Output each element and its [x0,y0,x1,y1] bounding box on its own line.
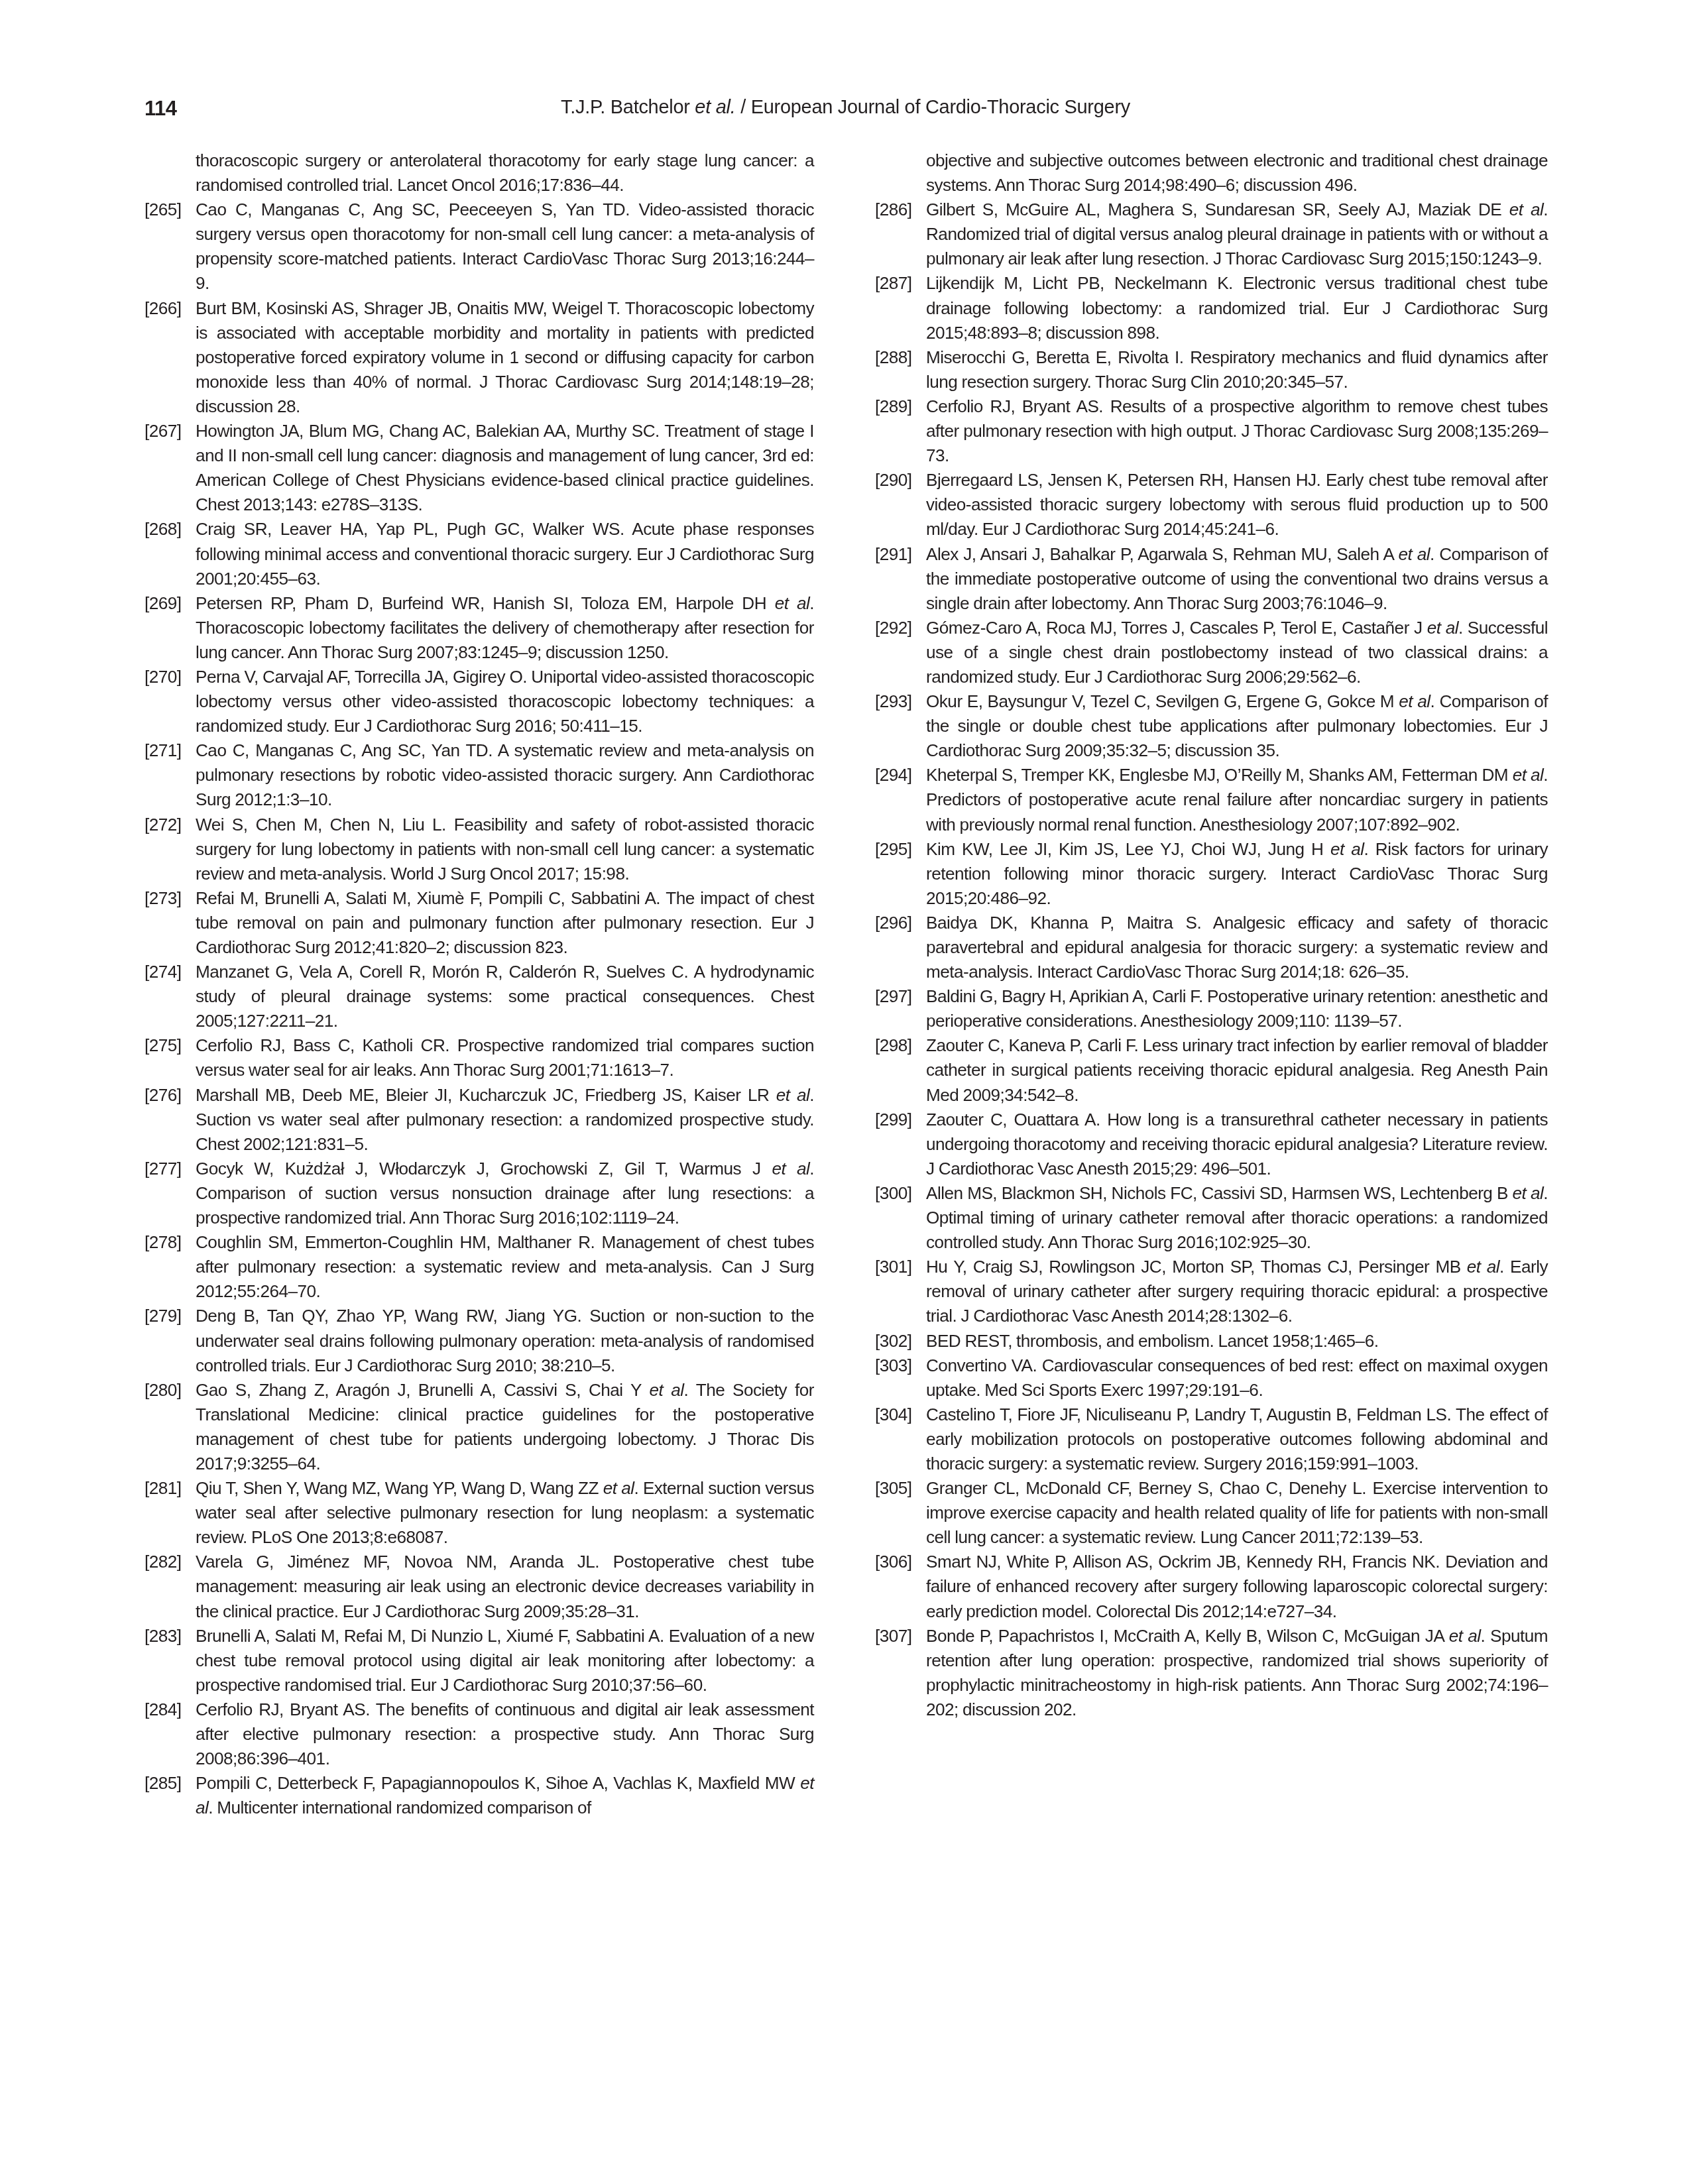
reference-etal: et al [1513,1183,1544,1203]
reference-number: [283] [145,1624,182,1648]
reference-item: [294] Kheterpal S, Tremper KK, Englesbe … [875,763,1548,836]
reference-authors-title: Alex J, Ansari J, Bahalkar P, Agarwala S… [926,544,1399,564]
reference-item: [297] Baldini G, Bagry H, Aprikian A, Ca… [875,984,1548,1033]
reference-text: Deng B, Tan QY, Zhao YP, Wang RW, Jiang … [196,1306,814,1375]
running-head-authors: T.J.P. Batchelor [561,97,695,118]
reference-number: [280] [145,1378,182,1403]
reference-item: [273] Refai M, Brunelli A, Salati M, Xiu… [145,886,814,960]
reference-item: [268] Craig SR, Leaver HA, Yap PL, Pugh … [145,517,814,591]
reference-authors-title: Manzanet G, Vela A, Corell R, Morón R, C… [196,962,814,1031]
reference-text: Perna V, Carvajal AF, Torrecilla JA, Gig… [196,667,814,736]
reference-text: Brunelli A, Salati M, Refai M, Di Nunzio… [196,1626,814,1695]
reference-item: [280] Gao S, Zhang Z, Aragón J, Brunelli… [145,1378,814,1476]
reference-item: [285] Pompili C, Detterbeck F, Papagiann… [145,1771,814,1820]
reference-number: [284] [145,1697,182,1722]
reference-authors-title: Baldini G, Bagry H, Aprikian A, Carli F.… [926,986,1548,1031]
reference-text: Alex J, Ansari J, Bahalkar P, Agarwala S… [926,544,1548,613]
reference-number: [276] [145,1083,182,1108]
reference-item: [296] Baidya DK, Khanna P, Maitra S. Ana… [875,911,1548,984]
reference-authors-title: Zaouter C, Kaneva P, Carli F. Less urina… [926,1035,1548,1104]
reference-number: [285] [145,1771,182,1796]
reference-number: [289] [875,394,912,419]
reference-item: [300] Allen MS, Blackmon SH, Nichols FC,… [875,1181,1548,1255]
reference-item: [286] Gilbert S, McGuire AL, Maghera S, … [875,198,1548,271]
reference-number: [302] [875,1329,912,1353]
reference-authors-title: Qiu T, Shen Y, Wang MZ, Wang YP, Wang D,… [196,1478,603,1498]
reference-item: [303] Convertino VA. Cardiovascular cons… [875,1353,1548,1403]
reference-item: [289] Cerfolio RJ, Bryant AS. Results of… [875,394,1548,468]
reference-authors-title: Okur E, Baysungur V, Tezel C, Sevilgen G… [926,691,1399,711]
reference-authors-title: Brunelli A, Salati M, Refai M, Di Nunzio… [196,1626,814,1695]
reference-item: [298] Zaouter C, Kaneva P, Carli F. Less… [875,1033,1548,1107]
reference-etal: et al [650,1380,684,1400]
reference-number: [273] [145,886,182,911]
reference-authors-title: Miserocchi G, Beretta E, Rivolta I. Resp… [926,347,1548,392]
reference-item: [305] Granger CL, McDonald CF, Berney S,… [875,1476,1548,1550]
reference-text: Kheterpal S, Tremper KK, Englesbe MJ, O’… [926,765,1548,834]
reference-etal: et al [1513,765,1544,785]
reference-text: BED REST, thrombosis, and embolism. Lanc… [926,1331,1378,1351]
reference-item: [288] Miserocchi G, Beretta E, Rivolta I… [875,345,1548,394]
reference-text: Marshall MB, Deeb ME, Bleier JI, Kucharc… [196,1085,814,1154]
reference-item: [282] Varela G, Jiménez MF, Novoa NM, Ar… [145,1550,814,1623]
reference-text: thoracoscopic surgery or anterolateral t… [196,150,814,195]
reference-number: [294] [875,763,912,787]
reference-number: [291] [875,542,912,567]
reference-list-right: [286] Gilbert S, McGuire AL, Maghera S, … [875,198,1548,1722]
reference-number: [292] [875,616,912,640]
reference-authors-title: Gao S, Zhang Z, Aragón J, Brunelli A, Ca… [196,1380,650,1400]
reference-text: Zaouter C, Ouattara A. How long is a tra… [926,1110,1548,1178]
reference-authors-title: Kheterpal S, Tremper KK, Englesbe MJ, O’… [926,765,1513,785]
running-head-etal: et al. [695,97,735,118]
reference-etal: et al [1330,839,1364,859]
reference-text: Coughlin SM, Emmerton-Coughlin HM, Malth… [196,1232,814,1301]
reference-number: [265] [145,198,182,222]
reference-text: Varela G, Jiménez MF, Novoa NM, Aranda J… [196,1552,814,1621]
reference-number: [277] [145,1157,182,1181]
reference-number: [281] [145,1476,182,1501]
reference-authors-title: Baidya DK, Khanna P, Maitra S. Analgesic… [926,913,1548,982]
reference-item: [283] Brunelli A, Salati M, Refai M, Di … [145,1624,814,1697]
page-header: 114 T.J.P. Batchelor et al. / European J… [145,97,1546,123]
reference-rest: . Multicenter international randomized c… [208,1798,591,1817]
reference-number: [267] [145,419,182,443]
reference-authors-title: Allen MS, Blackmon SH, Nichols FC, Cassi… [926,1183,1513,1203]
reference-item: [307] Bonde P, Papachristos I, McCraith … [875,1624,1548,1722]
reference-item: [304] Castelino T, Fiore JF, Niculiseanu… [875,1403,1548,1476]
reference-authors-title: Wei S, Chen M, Chen N, Liu L. Feasibilit… [196,815,814,884]
reference-item: [271] Cao C, Manganas C, Ang SC, Yan TD.… [145,738,814,812]
reference-authors-title: Pompili C, Detterbeck F, Papagiannopoulo… [196,1773,800,1793]
reference-item: [284] Cerfolio RJ, Bryant AS. The benefi… [145,1697,814,1771]
reference-etal: et al [772,1159,809,1178]
reference-item: [272] Wei S, Chen M, Chen N, Liu L. Feas… [145,813,814,886]
reference-item: [292] Gómez-Caro A, Roca MJ, Torres J, C… [875,616,1548,689]
reference-number: [305] [875,1476,912,1501]
reference-number: [295] [875,837,912,862]
reference-authors-title: Zaouter C, Ouattara A. How long is a tra… [926,1110,1548,1178]
reference-authors-title: Convertino VA. Cardiovascular consequenc… [926,1355,1548,1400]
reference-authors-title: Howington JA, Blum MG, Chang AC, Balekia… [196,421,814,514]
reference-etal: et al [603,1478,634,1498]
reference-list-left: [265] Cao C, Manganas C, Ang SC, Peeceey… [145,198,814,1820]
reference-item: [267] Howington JA, Blum MG, Chang AC, B… [145,419,814,517]
reference-item: [290] Bjerregaard LS, Jensen K, Petersen… [875,468,1548,542]
reference-text: Craig SR, Leaver HA, Yap PL, Pugh GC, Wa… [196,519,814,588]
reference-text: Smart NJ, White P, Allison AS, Ockrim JB… [926,1552,1548,1621]
reference-text: Bjerregaard LS, Jensen K, Petersen RH, H… [926,470,1548,539]
running-head-journal: / European Journal of Cardio-Thoracic Su… [735,97,1130,118]
reference-item: [274] Manzanet G, Vela A, Corell R, Moró… [145,960,814,1033]
reference-number: [301] [875,1255,912,1279]
reference-number: [268] [145,517,182,542]
reference-text: Lijkendijk M, Licht PB, Neckelmann K. El… [926,273,1548,342]
reference-text: Hu Y, Craig SJ, Rowlingson JC, Morton SP… [926,1257,1548,1326]
reference-text: Bonde P, Papachristos I, McCraith A, Kel… [926,1626,1548,1719]
reference-text: Cao C, Manganas C, Ang SC, Yan TD. A sys… [196,740,814,809]
reference-text: objective and subjective outcomes betwee… [926,150,1548,195]
reference-authors-title: Varela G, Jiménez MF, Novoa NM, Aranda J… [196,1552,814,1621]
reference-etal: et al [1509,200,1544,219]
reference-text: Allen MS, Blackmon SH, Nichols FC, Cassi… [926,1183,1548,1252]
reference-number: [304] [875,1403,912,1427]
reference-number: [297] [875,984,912,1009]
reference-text: Castelino T, Fiore JF, Niculiseanu P, La… [926,1405,1548,1473]
reference-text: Cao C, Manganas C, Ang SC, Peeceeyen S, … [196,200,814,293]
reference-number: [293] [875,689,912,714]
reference-authors-title: Burt BM, Kosinski AS, Shrager JB, Onaiti… [196,298,814,416]
reference-authors-title: Bonde P, Papachristos I, McCraith A, Kel… [926,1626,1449,1646]
reference-etal: et al [1427,618,1458,638]
reference-authors-title: Deng B, Tan QY, Zhao YP, Wang RW, Jiang … [196,1306,814,1375]
reference-authors-title: Coughlin SM, Emmerton-Coughlin HM, Malth… [196,1232,814,1301]
reference-authors-title: Refai M, Brunelli A, Salati M, Xiumè F, … [196,888,814,957]
reference-text: Zaouter C, Kaneva P, Carli F. Less urina… [926,1035,1548,1104]
reference-item: [281] Qiu T, Shen Y, Wang MZ, Wang YP, W… [145,1476,814,1550]
reference-number: [274] [145,960,182,984]
reference-authors-title: Perna V, Carvajal AF, Torrecilla JA, Gig… [196,667,814,736]
reference-number: [279] [145,1304,182,1328]
reference-etal: et al [1399,544,1430,564]
reference-authors-title: Cao C, Manganas C, Ang SC, Yan TD. A sys… [196,740,814,809]
reference-authors-title: Granger CL, McDonald CF, Berney S, Chao … [926,1478,1548,1547]
reference-text: Gilbert S, McGuire AL, Maghera S, Sundar… [926,200,1548,268]
reference-item: [302] BED REST, thrombosis, and embolism… [875,1329,1548,1353]
reference-item: [270] Perna V, Carvajal AF, Torrecilla J… [145,665,814,738]
reference-text: Qiu T, Shen Y, Wang MZ, Wang YP, Wang D,… [196,1478,814,1547]
reference-etal: et al [1449,1626,1481,1646]
reference-text: Miserocchi G, Beretta E, Rivolta I. Resp… [926,347,1548,392]
reference-authors-title: Smart NJ, White P, Allison AS, Ockrim JB… [926,1552,1548,1621]
reference-column-left: thoracoscopic surgery or anterolateral t… [145,148,814,1820]
reference-item: [278] Coughlin SM, Emmerton-Coughlin HM,… [145,1230,814,1304]
reference-item: [306] Smart NJ, White P, Allison AS, Ock… [875,1550,1548,1623]
reference-item: [265] Cao C, Manganas C, Ang SC, Peeceey… [145,198,814,296]
reference-number: [288] [875,345,912,370]
reference-item: [301] Hu Y, Craig SJ, Rowlingson JC, Mor… [875,1255,1548,1328]
reference-item: [287] Lijkendijk M, Licht PB, Neckelmann… [875,271,1548,345]
reference-authors-title: Gocyk W, Kużdżał J, Włodarczyk J, Grocho… [196,1159,772,1178]
reference-text: Cerfolio RJ, Bass C, Katholi CR. Prospec… [196,1035,814,1080]
reference-number: [290] [875,468,912,492]
reference-text: Howington JA, Blum MG, Chang AC, Balekia… [196,421,814,514]
reference-text: Cerfolio RJ, Bryant AS. The benefits of … [196,1699,814,1768]
reference-column-right: objective and subjective outcomes betwee… [875,148,1548,1722]
reference-continuation: objective and subjective outcomes betwee… [875,148,1548,198]
reference-authors-title: Gómez-Caro A, Roca MJ, Torres J, Cascale… [926,618,1427,638]
reference-text: Manzanet G, Vela A, Corell R, Morón R, C… [196,962,814,1031]
reference-item: [299] Zaouter C, Ouattara A. How long is… [875,1108,1548,1181]
reference-number: [272] [145,813,182,837]
reference-authors-title: Craig SR, Leaver HA, Yap PL, Pugh GC, Wa… [196,519,814,588]
reference-text: Baidya DK, Khanna P, Maitra S. Analgesic… [926,913,1548,982]
reference-number: [271] [145,738,182,763]
reference-authors-title: Cerfolio RJ, Bass C, Katholi CR. Prospec… [196,1035,814,1080]
reference-item: [275] Cerfolio RJ, Bass C, Katholi CR. P… [145,1033,814,1082]
reference-etal: et al [775,593,810,613]
reference-number: [278] [145,1230,182,1255]
reference-number: [287] [875,271,912,296]
reference-continuation: thoracoscopic surgery or anterolateral t… [145,148,814,198]
reference-authors-title: Cerfolio RJ, Bryant AS. The benefits of … [196,1699,814,1768]
reference-text: Kim KW, Lee JI, Kim JS, Lee YJ, Choi WJ,… [926,839,1548,908]
reference-etal: et al [776,1085,810,1105]
reference-authors-title: Castelino T, Fiore JF, Niculiseanu P, La… [926,1405,1548,1473]
reference-number: [286] [875,198,912,222]
reference-number: [298] [875,1033,912,1058]
reference-etal: et al [1467,1257,1499,1277]
reference-number: [282] [145,1550,182,1574]
reference-authors-title: Petersen RP, Pham D, Burfeind WR, Hanish… [196,593,775,613]
reference-item: [276] Marshall MB, Deeb ME, Bleier JI, K… [145,1083,814,1157]
reference-authors-title: BED REST, thrombosis, and embolism. Lanc… [926,1331,1378,1351]
reference-number: [303] [875,1353,912,1378]
reference-number: [266] [145,296,182,321]
reference-number: [299] [875,1108,912,1132]
reference-number: [306] [875,1550,912,1574]
reference-text: Burt BM, Kosinski AS, Shrager JB, Onaiti… [196,298,814,416]
reference-item: [295] Kim KW, Lee JI, Kim JS, Lee YJ, Ch… [875,837,1548,911]
reference-authors-title: Lijkendijk M, Licht PB, Neckelmann K. El… [926,273,1548,342]
reference-item: [279] Deng B, Tan QY, Zhao YP, Wang RW, … [145,1304,814,1377]
reference-text: Okur E, Baysungur V, Tezel C, Sevilgen G… [926,691,1548,760]
running-head: T.J.P. Batchelor et al. / European Journ… [145,97,1546,119]
reference-number: [270] [145,665,182,689]
reference-number: [307] [875,1624,912,1648]
reference-item: [293] Okur E, Baysungur V, Tezel C, Sevi… [875,689,1548,763]
reference-text: Refai M, Brunelli A, Salati M, Xiumè F, … [196,888,814,957]
reference-text: Gao S, Zhang Z, Aragón J, Brunelli A, Ca… [196,1380,814,1473]
reference-text: Pompili C, Detterbeck F, Papagiannopoulo… [196,1773,814,1817]
reference-text: Gocyk W, Kużdżał J, Włodarczyk J, Grocho… [196,1159,814,1228]
reference-text: Cerfolio RJ, Bryant AS. Results of a pro… [926,396,1548,465]
reference-etal: et al [1399,691,1430,711]
reference-authors-title: Gilbert S, McGuire AL, Maghera S, Sundar… [926,200,1509,219]
reference-authors-title: Cerfolio RJ, Bryant AS. Results of a pro… [926,396,1548,465]
reference-number: [269] [145,591,182,616]
reference-text: Granger CL, McDonald CF, Berney S, Chao … [926,1478,1548,1547]
reference-authors-title: Bjerregaard LS, Jensen K, Petersen RH, H… [926,470,1548,539]
reference-text: Gómez-Caro A, Roca MJ, Torres J, Cascale… [926,618,1548,687]
reference-text: Baldini G, Bagry H, Aprikian A, Carli F.… [926,986,1548,1031]
reference-text: Petersen RP, Pham D, Burfeind WR, Hanish… [196,593,814,662]
reference-number: [275] [145,1033,182,1058]
reference-number: [300] [875,1181,912,1206]
reference-item: [266] Burt BM, Kosinski AS, Shrager JB, … [145,296,814,419]
reference-text: Wei S, Chen M, Chen N, Liu L. Feasibilit… [196,815,814,884]
reference-number: [296] [875,911,912,935]
reference-authors-title: Hu Y, Craig SJ, Rowlingson JC, Morton SP… [926,1257,1467,1277]
reference-item: [291] Alex J, Ansari J, Bahalkar P, Agar… [875,542,1548,616]
reference-authors-title: Marshall MB, Deeb ME, Bleier JI, Kucharc… [196,1085,776,1105]
reference-item: [277] Gocyk W, Kużdżał J, Włodarczyk J, … [145,1157,814,1230]
reference-text: Convertino VA. Cardiovascular consequenc… [926,1355,1548,1400]
reference-authors-title: Cao C, Manganas C, Ang SC, Peeceeyen S, … [196,200,814,293]
reference-item: [269] Petersen RP, Pham D, Burfeind WR, … [145,591,814,665]
reference-authors-title: Kim KW, Lee JI, Kim JS, Lee YJ, Choi WJ,… [926,839,1330,859]
